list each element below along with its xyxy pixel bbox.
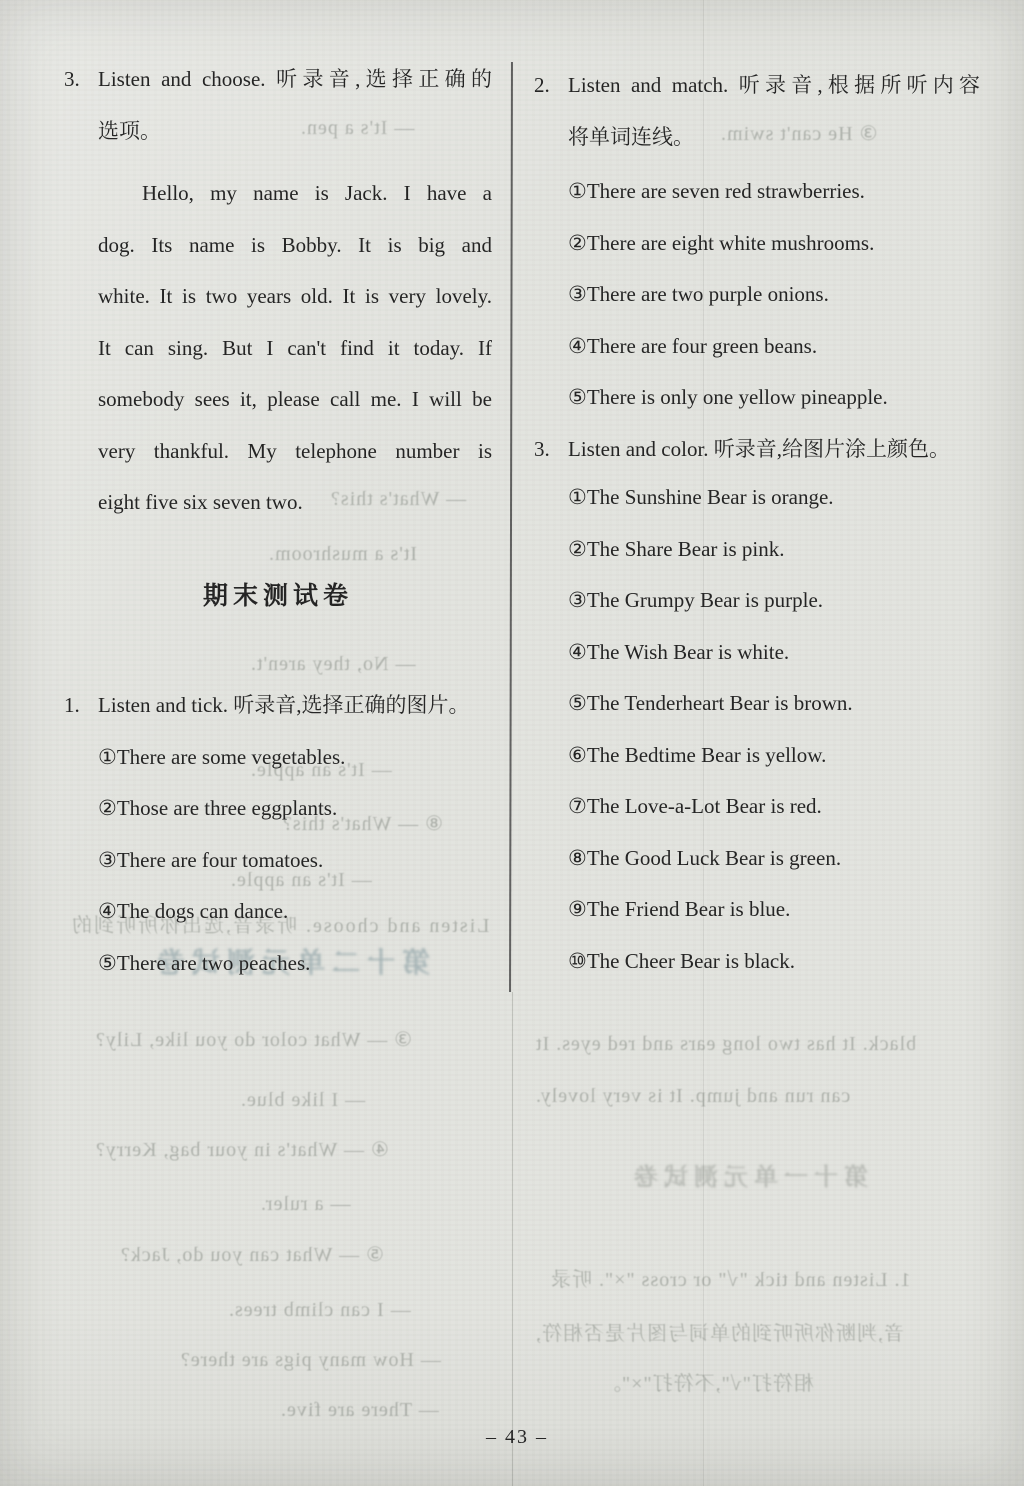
exercise-title-continuation: 将单词连线。 [534, 112, 980, 164]
list-item: ②There are eight white mushrooms. [568, 218, 980, 270]
bleedthrough-text: 音,判断你所听到的单词与图片是否相符, [535, 1322, 904, 1346]
list-item: ①There are seven red strawberries. [568, 166, 980, 218]
bleedthrough-text: — There are five. [280, 1398, 439, 1422]
passage-line: dog. Its name is Bobby. It is big and [98, 220, 492, 272]
list-item: ⑦The Love-a-Lot Bear is red. [568, 781, 980, 833]
exercise-3-listen-and-choose: 3. Listen and choose. 听录音,选择正确的 选项。 Hell… [64, 54, 492, 529]
passage-line: eight five six seven two. [98, 477, 492, 529]
passage-line: Hello, my name is Jack. I have a [98, 168, 492, 220]
right-column: 2. Listen and match. 听录音,根据所听内容 将单词连线。 ①… [534, 60, 980, 987]
left-column: 3. Listen and choose. 听录音,选择正确的 选项。 Hell… [64, 54, 492, 989]
list-item: ⑤The Tenderheart Bear is brown. [568, 678, 980, 730]
passage-line: somebody sees it, please call me. I will… [98, 374, 492, 426]
bleedthrough-text: ④ — What's in your bag, Kerry? [95, 1138, 389, 1162]
page-number: – 43 – [457, 1422, 577, 1452]
bleedthrough-text: — How many pigs are there? [180, 1348, 441, 1372]
list-item: ⑥The Bedtime Bear is yellow. [568, 730, 980, 782]
bleedthrough-text: ③ — What color do you like, Lily? [95, 1028, 412, 1052]
item-list: ①There are seven red strawberries. ②Ther… [534, 166, 980, 424]
listening-passage: Hello, my name is Jack. I have a dog. It… [64, 168, 492, 529]
list-item: ④The dogs can dance. [98, 886, 492, 938]
item-list: ①The Sunshine Bear is orange. ②The Share… [534, 472, 980, 987]
exercise-number: 3. [534, 424, 568, 476]
list-item: ②Those are three eggplants. [98, 783, 492, 835]
exercise-title: Listen and color. 听录音,给图片涂上颜色。 [568, 424, 980, 476]
list-item: ①There are some vegetables. [98, 732, 492, 784]
exercise-title-continuation: 选项。 [64, 106, 492, 158]
passage-line: white. It is two years old. It is very l… [98, 271, 492, 323]
passage-line: It can sing. But I can't find it today. … [98, 323, 492, 375]
exercise-1-listen-and-tick: 1. Listen and tick. 听录音,选择正确的图片。 ①There … [64, 680, 492, 989]
exercise-title-row: 1. Listen and tick. 听录音,选择正确的图片。 [64, 680, 492, 732]
list-item: ③There are two purple onions. [568, 269, 980, 321]
bleedthrough-text: 1. Listen and tick "√" or cross "×". 听录 [550, 1268, 911, 1292]
list-item: ④The Wish Bear is white. [568, 627, 980, 679]
list-item: ①The Sunshine Bear is orange. [568, 472, 980, 524]
exercise-title-row: 3. Listen and choose. 听录音,选择正确的 [64, 54, 492, 106]
exercise-title: Listen and choose. 听录音,选择正确的 [98, 54, 492, 106]
exercise-title-row: 3. Listen and color. 听录音,给图片涂上颜色。 [534, 424, 980, 476]
exercise-number: 2. [534, 60, 568, 112]
bleedthrough-text: can run and jump. It is very lovely. [535, 1084, 850, 1108]
bleedthrough-heading: 第十一单元测试卷 [628, 1166, 868, 1190]
exercise-2-listen-and-match: 2. Listen and match. 听录音,根据所听内容 将单词连线。 ①… [534, 60, 980, 424]
workbook-page: — It's a pen. ③ He can't swim. — What's … [0, 0, 1024, 1486]
list-item: ③There are four tomatoes. [98, 835, 492, 887]
exercise-number: 1. [64, 680, 98, 732]
list-item: ⑧The Good Luck Bear is green. [568, 833, 980, 885]
exercise-title: Listen and match. 听录音,根据所听内容 [568, 60, 980, 112]
list-item: ②The Share Bear is pink. [568, 524, 980, 576]
list-item: ⑩The Cheer Bear is black. [568, 936, 980, 988]
exercise-3-listen-and-color: 3. Listen and color. 听录音,给图片涂上颜色。 ①The S… [534, 424, 980, 988]
list-item: ⑨The Friend Bear is blue. [568, 884, 980, 936]
list-item: ⑤There are two peaches. [98, 938, 492, 990]
bleedthrough-text: — I can climb trees. [228, 1298, 411, 1322]
passage-line: very thankful. My telephone number is [98, 426, 492, 478]
bleedthrough-text: ⑤ — What can you do, Jack? [120, 1243, 384, 1267]
list-item: ⑤There is only one yellow pineapple. [568, 372, 980, 424]
exercise-title: Listen and tick. 听录音,选择正确的图片。 [98, 680, 492, 732]
bleedthrough-text: 相符打"√",不符打"×"。 [600, 1372, 814, 1396]
list-item: ④There are four green beans. [568, 321, 980, 373]
bleedthrough-text: — a ruler. [260, 1192, 351, 1216]
exercise-number: 3. [64, 54, 98, 106]
list-item: ③The Grumpy Bear is purple. [568, 575, 980, 627]
column-divider-rule [509, 62, 513, 992]
bleedthrough-text: — I like blue. [240, 1088, 365, 1112]
exercise-title-row: 2. Listen and match. 听录音,根据所听内容 [534, 60, 980, 112]
section-heading-final-exam: 期末测试卷 [64, 571, 492, 623]
bleedthrough-text: black. It has two long ears and red eyes… [535, 1032, 916, 1056]
item-list: ①There are some vegetables. ②Those are t… [64, 732, 492, 990]
page-crease [512, 992, 513, 1486]
